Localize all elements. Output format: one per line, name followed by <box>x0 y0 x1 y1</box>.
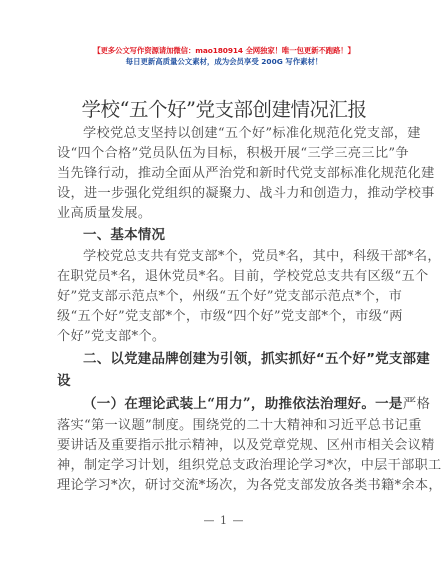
paragraph-line: 落实“第一议题”制度。围绕党的二十大精神和习近平总书记重 <box>57 417 393 435</box>
page-number: — 1 — <box>0 514 448 527</box>
paragraph-line: 设“四个合格”党员队伍为目标，积极开展“三学三亮三比”争 <box>57 145 393 163</box>
document-title: 学校“五个好”党支部创建情况汇报 <box>0 94 448 122</box>
section-heading: 二、以党建品牌创建为引领，抓实抓好“五个好”党支部建 <box>83 350 393 368</box>
paragraph-line: 理论学习*次，研讨交流*场次，为各党支部发放各类书籍*余本， <box>57 477 393 495</box>
section-heading-cont: 设 <box>57 372 393 390</box>
section-heading: 一、基本情况 <box>83 226 393 244</box>
subsection-heading-bold: （一）在理论武装上“用力”，助推依法治理好。一是 <box>83 396 403 412</box>
paragraph-line: 学校党总支坚持以创建“五个好”标准化规范化党支部，建 <box>83 125 393 143</box>
paragraph-line: 学校党总支共有党支部*个，党员*名，其中，科级干部*名， <box>83 248 393 266</box>
paragraph-line: 设，进一步强化党组织的凝聚力、战斗力和创造力，推动学校事 <box>57 185 393 203</box>
paragraph-line: 当先锋行动，推动全面从严治党和新时代党支部标准化规范化建 <box>57 165 393 183</box>
paragraph-line: 级“五个好”党支部*个，市级“四个好”党支部*个，市级“两 <box>57 308 393 326</box>
paragraph-line: 要讲话及重要指示批示精神，以及党章党规、区州市相关会议精 <box>57 437 393 455</box>
subsection-heading-rest: 严格 <box>403 396 431 412</box>
paragraph-line: 在职党员*名，退休党员*名。目前，学校党总支共有区级“五个 <box>57 268 393 286</box>
subsection-heading: （一）在理论武装上“用力”，助推依法治理好。一是严格 <box>83 395 393 413</box>
paragraph-line: 个好”党支部*个。 <box>57 328 393 346</box>
paragraph-line: 好”党支部示范点*个，州级“五个好”党支部示范点*个，市 <box>57 288 393 306</box>
promo-banner-line1: 【更多公文写作资源请加微信：mao180914 全网独家！唯一包更新不跑路！】 <box>0 45 448 56</box>
paragraph-line: 业高质量发展。 <box>57 205 393 223</box>
promo-banner-line2: 每日更新高质量公文素材，成为会员享受 200G 写作素材！ <box>0 56 448 67</box>
paragraph-line: 神，制定学习计划，组织党总支政治理论学习*次，中层干部职工 <box>57 457 393 475</box>
